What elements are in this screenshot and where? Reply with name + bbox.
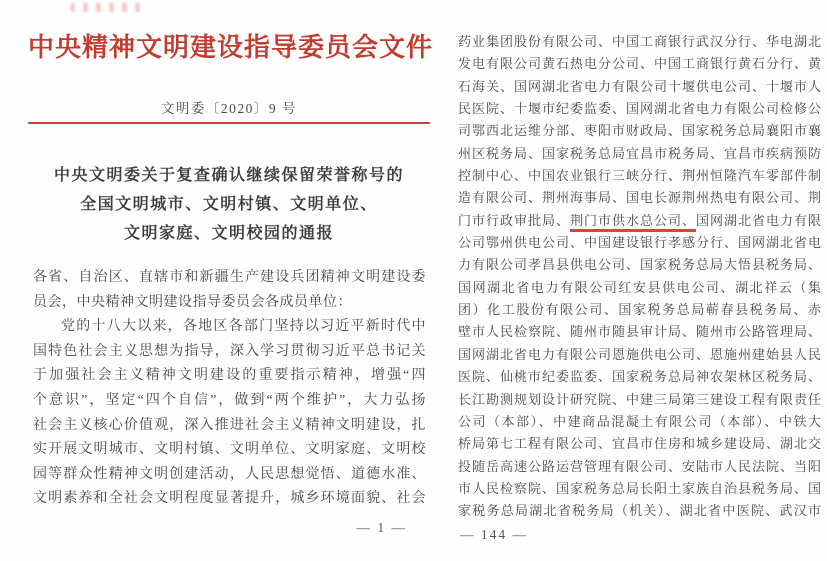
- unit-list-line: 壁市人民检察院、随州市随县审计局、随州市公路管理局、: [458, 321, 821, 343]
- document-title: 中央文明委关于复查确认继续保留荣誉称号的全国文明城市、文明村镇、文明单位、文明家…: [28, 161, 430, 248]
- body-line: 个意识”，坚定“四个自信”，做到“两个维护”，大力弘扬: [33, 389, 426, 414]
- unit-list-line: 团）化工股份有限公司、国家税务总局蕲春县税务局、赤: [458, 299, 821, 321]
- unit-list-line: 药业集团股份有限公司、中国工商银行武汉分行、华电湖北: [458, 31, 821, 53]
- body-line: 于加强社会主义精神文明建设的重要指示精神，增强“四: [33, 364, 426, 389]
- unit-list-line: 长江勘测规划设计研究院、中建三局第三建设工程有限责任: [458, 389, 821, 411]
- body-line: 国特色社会主义思想为指导，深入学习贯彻习近平总书记关: [33, 340, 426, 365]
- stamp-residue-mark: [70, 3, 148, 12]
- unit-list-line: 国网湖北省电力有限公司恩施供电公司、恩施州建始县人民: [458, 344, 821, 366]
- unit-list-line: 公司（本部）、中建商品混凝土有限公司（本部）、中铁大: [458, 411, 821, 433]
- unit-list: 药业集团股份有限公司、中国工商银行武汉分行、华电湖北发电有限公司黄石热电分公司、…: [458, 31, 821, 523]
- document-number: 文明委〔2020〕9 号: [28, 97, 430, 117]
- document-header: 中央精神文明建设指导委员会文件: [28, 27, 430, 64]
- unit-list-line: 投随岳高速公路运营管理有限公司、安陆市人民法院、当阳: [458, 456, 821, 478]
- body-line: 社会主义核心价值观，深入推进社会主义精神文明建设，扎: [33, 414, 426, 439]
- body-line: 员会，中央精神文明建设指导委员会各成员单位：: [33, 291, 426, 316]
- unit-list-line: 医院、仙桃市纪委监委、国家税务总局神农架林区税务局、: [458, 366, 821, 388]
- body-line: 各省、自治区、直辖市和新疆生产建设兵团精神文明建设委: [33, 266, 426, 291]
- document-body: 各省、自治区、直辖市和新疆生产建设兵团精神文明建设委员会，中央精神文明建设指导委…: [33, 266, 426, 512]
- unit-list-line: 公司鄂州供电公司、中国建设银行孝感分行、国网湖北省电: [458, 232, 821, 254]
- highlighted-company: 荆门市供水总公司、: [570, 213, 696, 232]
- unit-list-line: 州区税务局、国家税务总局宜昌市税务局、宜昌市疾病预防: [458, 143, 821, 165]
- unit-list-line: 发电有限公司黄石热电分公司、中国工商银行黄石分行、黄: [458, 53, 821, 75]
- page-left: 中央精神文明建设指导委员会文件 文明委〔2020〕9 号 中央文明委关于复查确认…: [28, 0, 430, 561]
- unit-list-line: 造有限公司、荆州海事局、国电长源荆州热电有限公司、荆: [458, 187, 821, 209]
- title-line: 文明家庭、文明校园的通报: [28, 219, 430, 248]
- unit-list-line: 国网湖北省电力有限公司红安县供电公司、湖北祥云（集: [458, 277, 821, 299]
- header-divider-rule: [28, 122, 430, 124]
- unit-list-line: 力有限公司孝昌县供电公司、国家税务总局大悟县税务局、: [458, 254, 821, 276]
- unit-list-line: 司鄂西北运维分部、枣阳市财政局、国家税务总局襄阳市襄: [458, 120, 821, 142]
- body-line: 园等群众性精神文明创建活动，人民思想觉悟、道德水准、: [33, 463, 426, 488]
- body-line: 实开展文明城市、文明村镇、文明单位、文明家庭、文明校: [33, 438, 426, 463]
- page-number-left: — 1 —: [357, 520, 408, 536]
- title-line: 全国文明城市、文明村镇、文明单位、: [28, 190, 430, 219]
- unit-list-line: 市人民检察院、国家税务总局长阳土家族自治县税务局、国: [458, 478, 821, 500]
- unit-list-line: 石海关、国网湖北省电力有限公司十堰供电公司、十堰市人: [458, 76, 821, 98]
- body-line: 文明素养和全社会文明程度显著提升，城乡环境面貌、社会: [33, 487, 426, 512]
- unit-list-line: 控制中心、中国农业银行三峡分行、荆州恒隆汽车零部件制: [458, 165, 821, 187]
- document-scan: 中央精神文明建设指导委员会文件 文明委〔2020〕9 号 中央文明委关于复查确认…: [0, 0, 827, 561]
- unit-list-line: 门市行政审批局、荆门市供水总公司、国网湖北省电力有限: [458, 210, 821, 232]
- unit-list-line: 桥局第七工程有限公司、宜昌市住房和城乡建设局、湖北交: [458, 433, 821, 455]
- unit-list-line: 民医院、十堰市纪委监委、国网湖北省电力有限公司检修公: [458, 98, 821, 120]
- page-right: 药业集团股份有限公司、中国工商银行武汉分行、华电湖北发电有限公司黄石热电分公司、…: [458, 0, 821, 561]
- body-line: 党的十八大以来，各地区各部门坚持以习近平新时代中: [33, 315, 426, 340]
- unit-list-line: 家税务总局湖北省税务局（机关）、湖北省中医院、武汉市: [458, 500, 821, 522]
- title-line: 中央文明委关于复查确认继续保留荣誉称号的: [28, 161, 430, 190]
- page-number-right: — 144 —: [460, 527, 528, 543]
